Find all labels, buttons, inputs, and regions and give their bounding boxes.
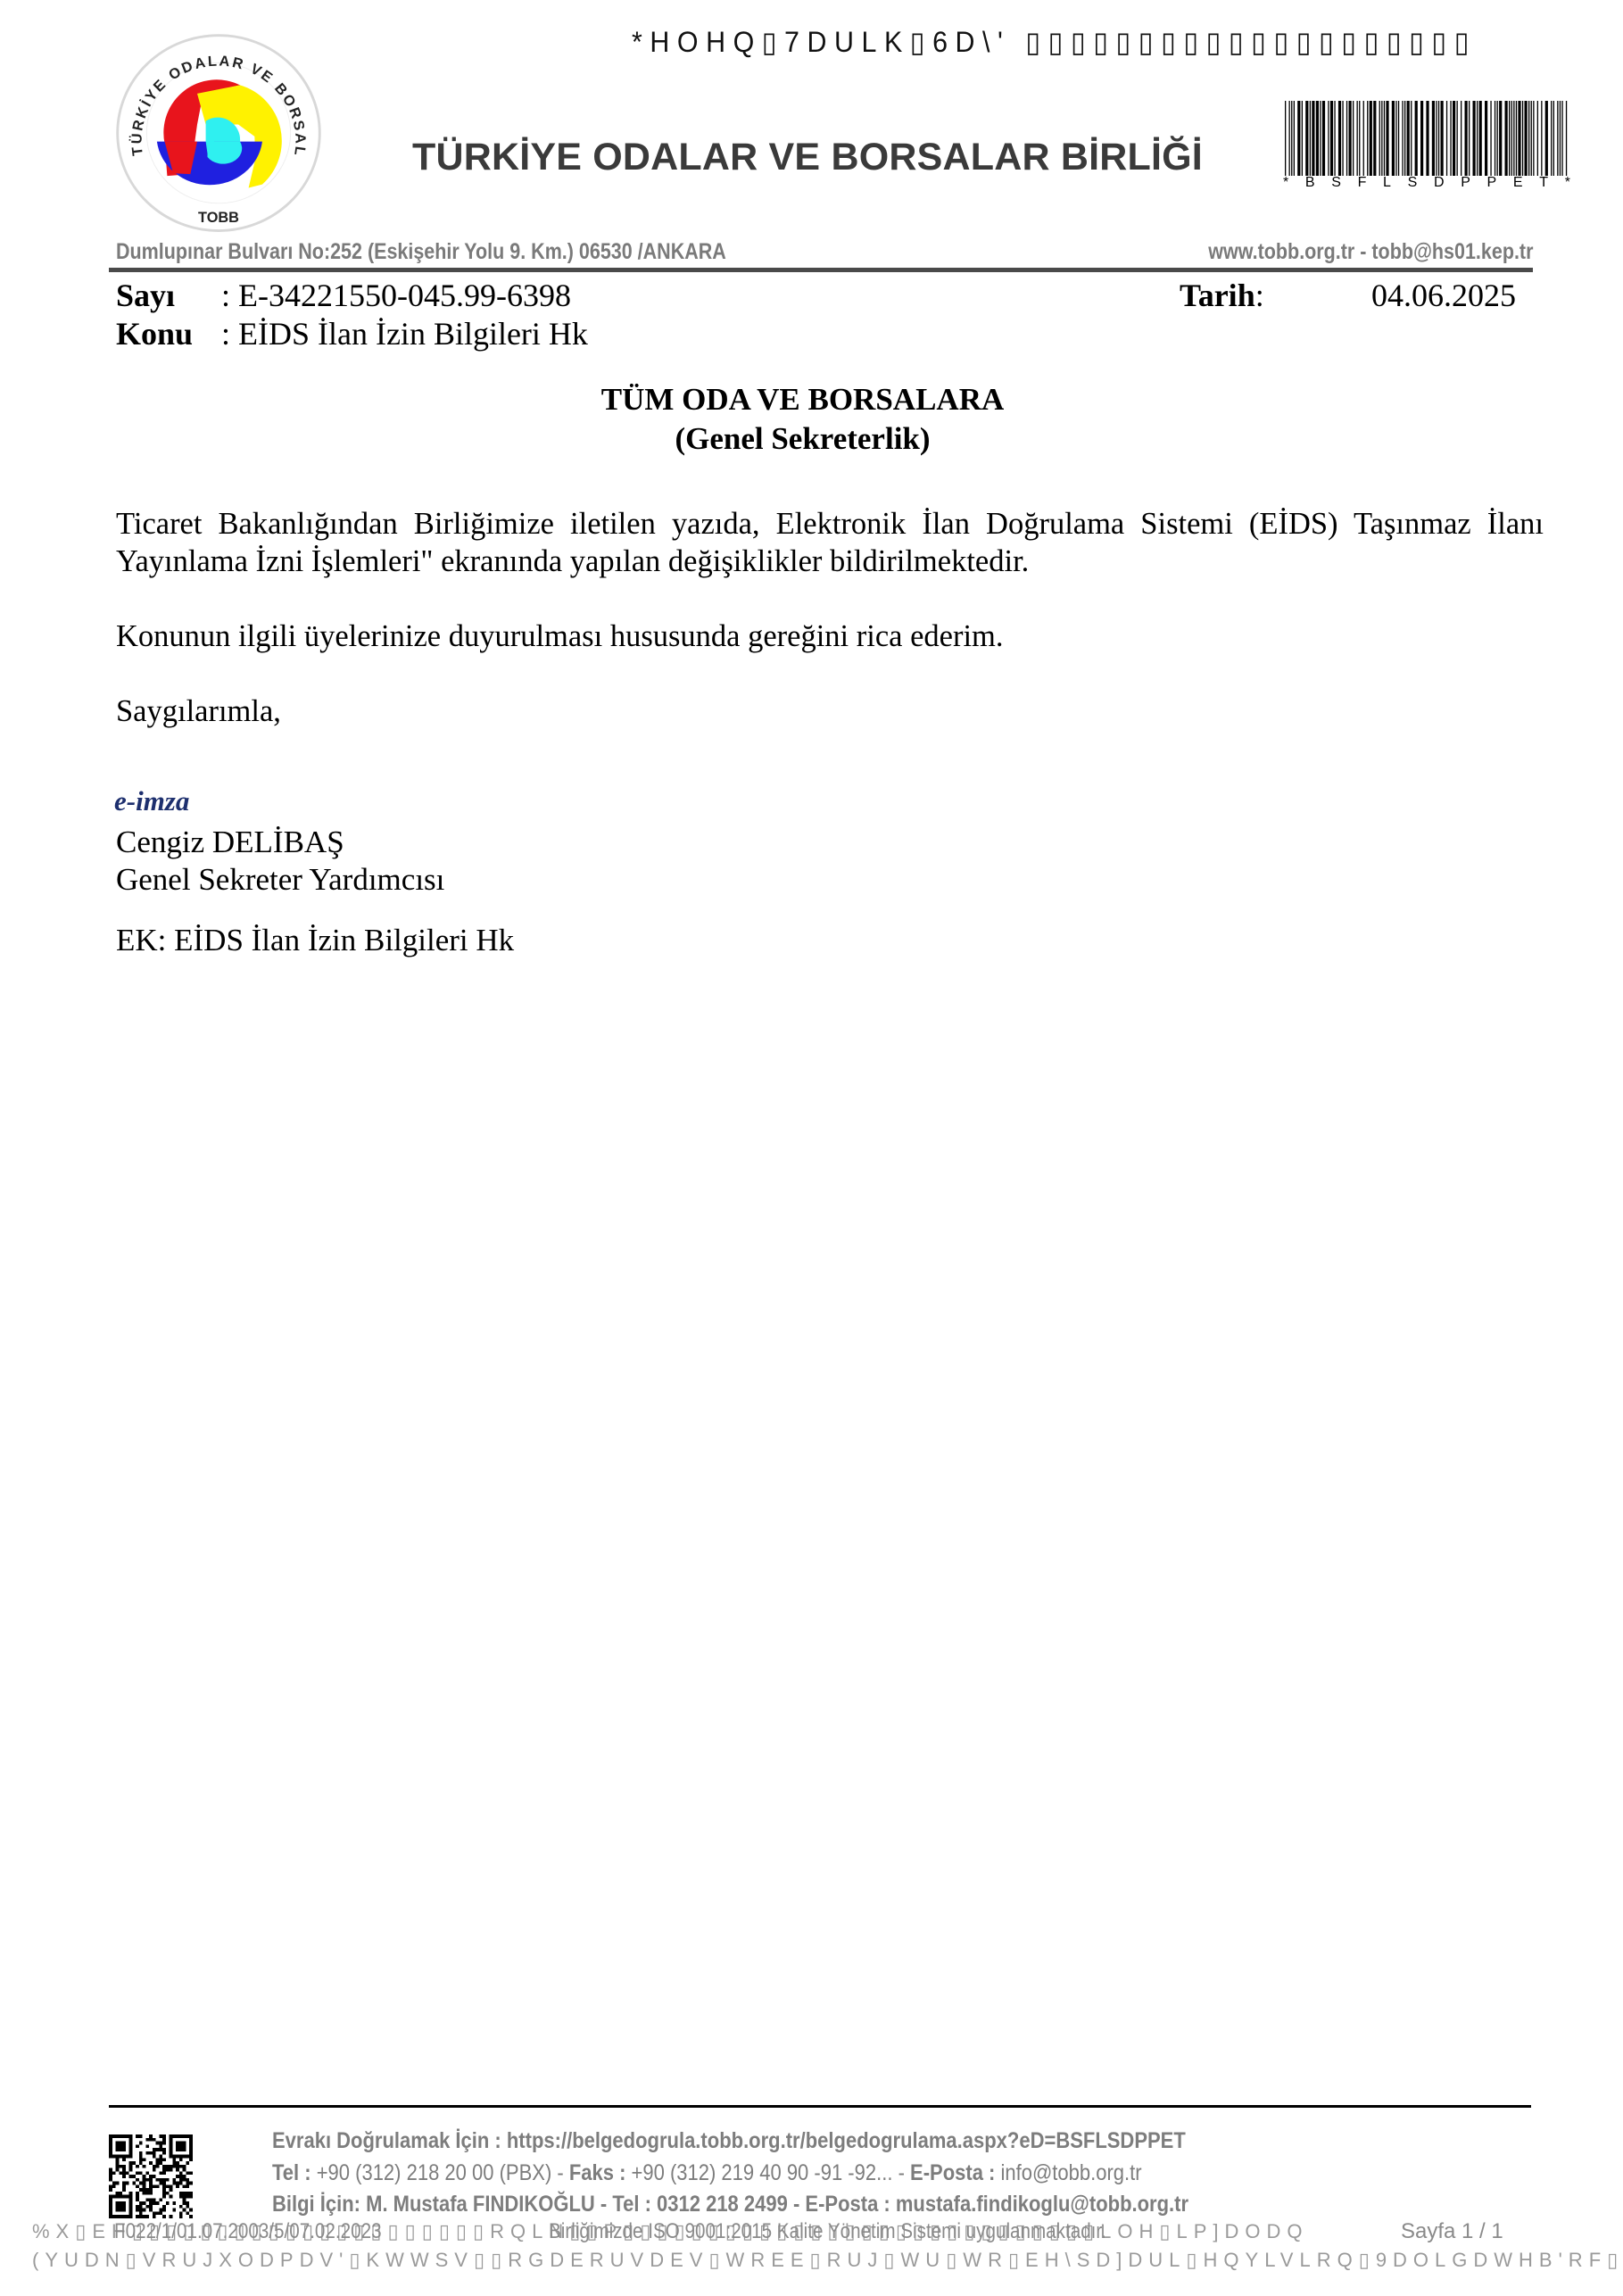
sayi-value: : E-34221550-045.99-6398 [221,277,571,314]
body-paragraph: Konunun ilgili üyelerinize duyurulması h… [116,618,1544,655]
attachment-note: EK: EİDS İlan İzin Bilgileri Hk [116,923,514,958]
contact-line: Tel : +90 (312) 218 20 00 (PBX) - Faks :… [272,2160,1142,2186]
barcode-char: T [1539,175,1548,191]
konu-value: : EİDS İlan İzin Bilgileri Hk [221,315,588,352]
barcode-char: * [1283,175,1288,191]
faks-label: Faks : [569,2160,632,2185]
eposta-value[interactable]: info@tobb.org.tr [1000,2160,1141,2185]
body-paragraph: Ticaret Bakanlığından Birliğimize iletil… [116,505,1544,580]
separator: - [898,2160,910,2185]
barcode-char: D [1434,175,1445,191]
tarih-value: 04.06.2025 [1371,277,1516,314]
contact-person-line: Bilgi İçin: M. Mustafa FINDIKOĞLU - Tel … [272,2192,1188,2217]
barcode-char: F [1358,175,1367,191]
garbled-footer-text: (YUDN▯VRUJXODPDV'▯KWWSV▯▯RGDERUVDEV▯WREE… [32,2249,1623,2272]
header-divider [109,268,1533,272]
org-address: Dumlupınar Bulvarı No:252 (Eskişehir Yol… [116,239,726,265]
barcode-char: * [1565,175,1570,191]
page-number: Sayfa 1 / 1 [1401,2219,1503,2244]
signer-title: Genel Sekreter Yardımcısı [116,862,444,898]
verify-label: Evrakı Doğrulamak İçin : [272,2128,507,2153]
barcode-char: B [1305,175,1315,191]
tobb-logo-icon: TÜRKİYE ODALAR VE BORSALAR BİRLİĞİ TOBB [112,31,326,238]
signer-name: Cengiz DELİBAŞ [116,825,344,860]
qr-code-icon[interactable] [109,2134,193,2218]
barcode-text: *BSFLSDPPET* [1283,175,1570,191]
iso-statement: Birliğimizde ISO 9001:2015 Kalite Yöneti… [549,2219,1106,2244]
addressee-department: (Genel Sekreterlik) [0,421,1614,457]
footer-divider [109,2105,1531,2108]
barcode-char: E [1513,175,1523,191]
sayi-label: Sayı [116,277,175,314]
tarih-label: Tarih: [1180,277,1264,314]
organization-title: TÜRKİYE ODALAR VE BORSALAR BİRLİĞİ [412,136,1203,179]
svg-text:TOBB: TOBB [198,210,239,226]
e-signature-mark: e-imza [114,785,189,817]
form-code: F022/1/01.07.2003/5/07.02.2023 [114,2219,382,2244]
barcode-char: L [1383,175,1391,191]
header-garbled-text: *HOHQ▯7DULK▯6D\' ▯▯▯▯▯▯▯▯▯▯▯▯▯▯▯▯▯▯▯▯ [632,25,1477,59]
verify-link[interactable]: https://belgedogrula.tobb.org.tr/belgedo… [507,2128,1186,2153]
barcode-char: S [1331,175,1341,191]
faks-value: +90 (312) 219 40 90 -91 -92... [632,2160,898,2185]
tel-label: Tel : [272,2160,317,2185]
tarih-label-text: Tarih [1180,278,1255,313]
barcode-char: S [1408,175,1418,191]
separator: - [551,2160,569,2185]
tel-value: +90 (312) 218 20 00 (PBX) [317,2160,552,2185]
barcode-icon [1285,101,1569,176]
verification-line: Evrakı Doğrulamak İçin : https://belgedo… [272,2128,1186,2154]
org-contact[interactable]: www.tobb.org.tr - tobb@hs01.kep.tr [1208,239,1533,265]
tarih-colon: : [1255,278,1264,313]
konu-label: Konu [116,315,193,352]
closing-salutation: Saygılarımla, [116,692,1544,730]
addressee-line: TÜM ODA VE BORSALARA [0,382,1614,418]
barcode-char: P [1461,175,1470,191]
eposta-label: E-Posta : [910,2160,1000,2185]
barcode-char: P [1487,175,1497,191]
